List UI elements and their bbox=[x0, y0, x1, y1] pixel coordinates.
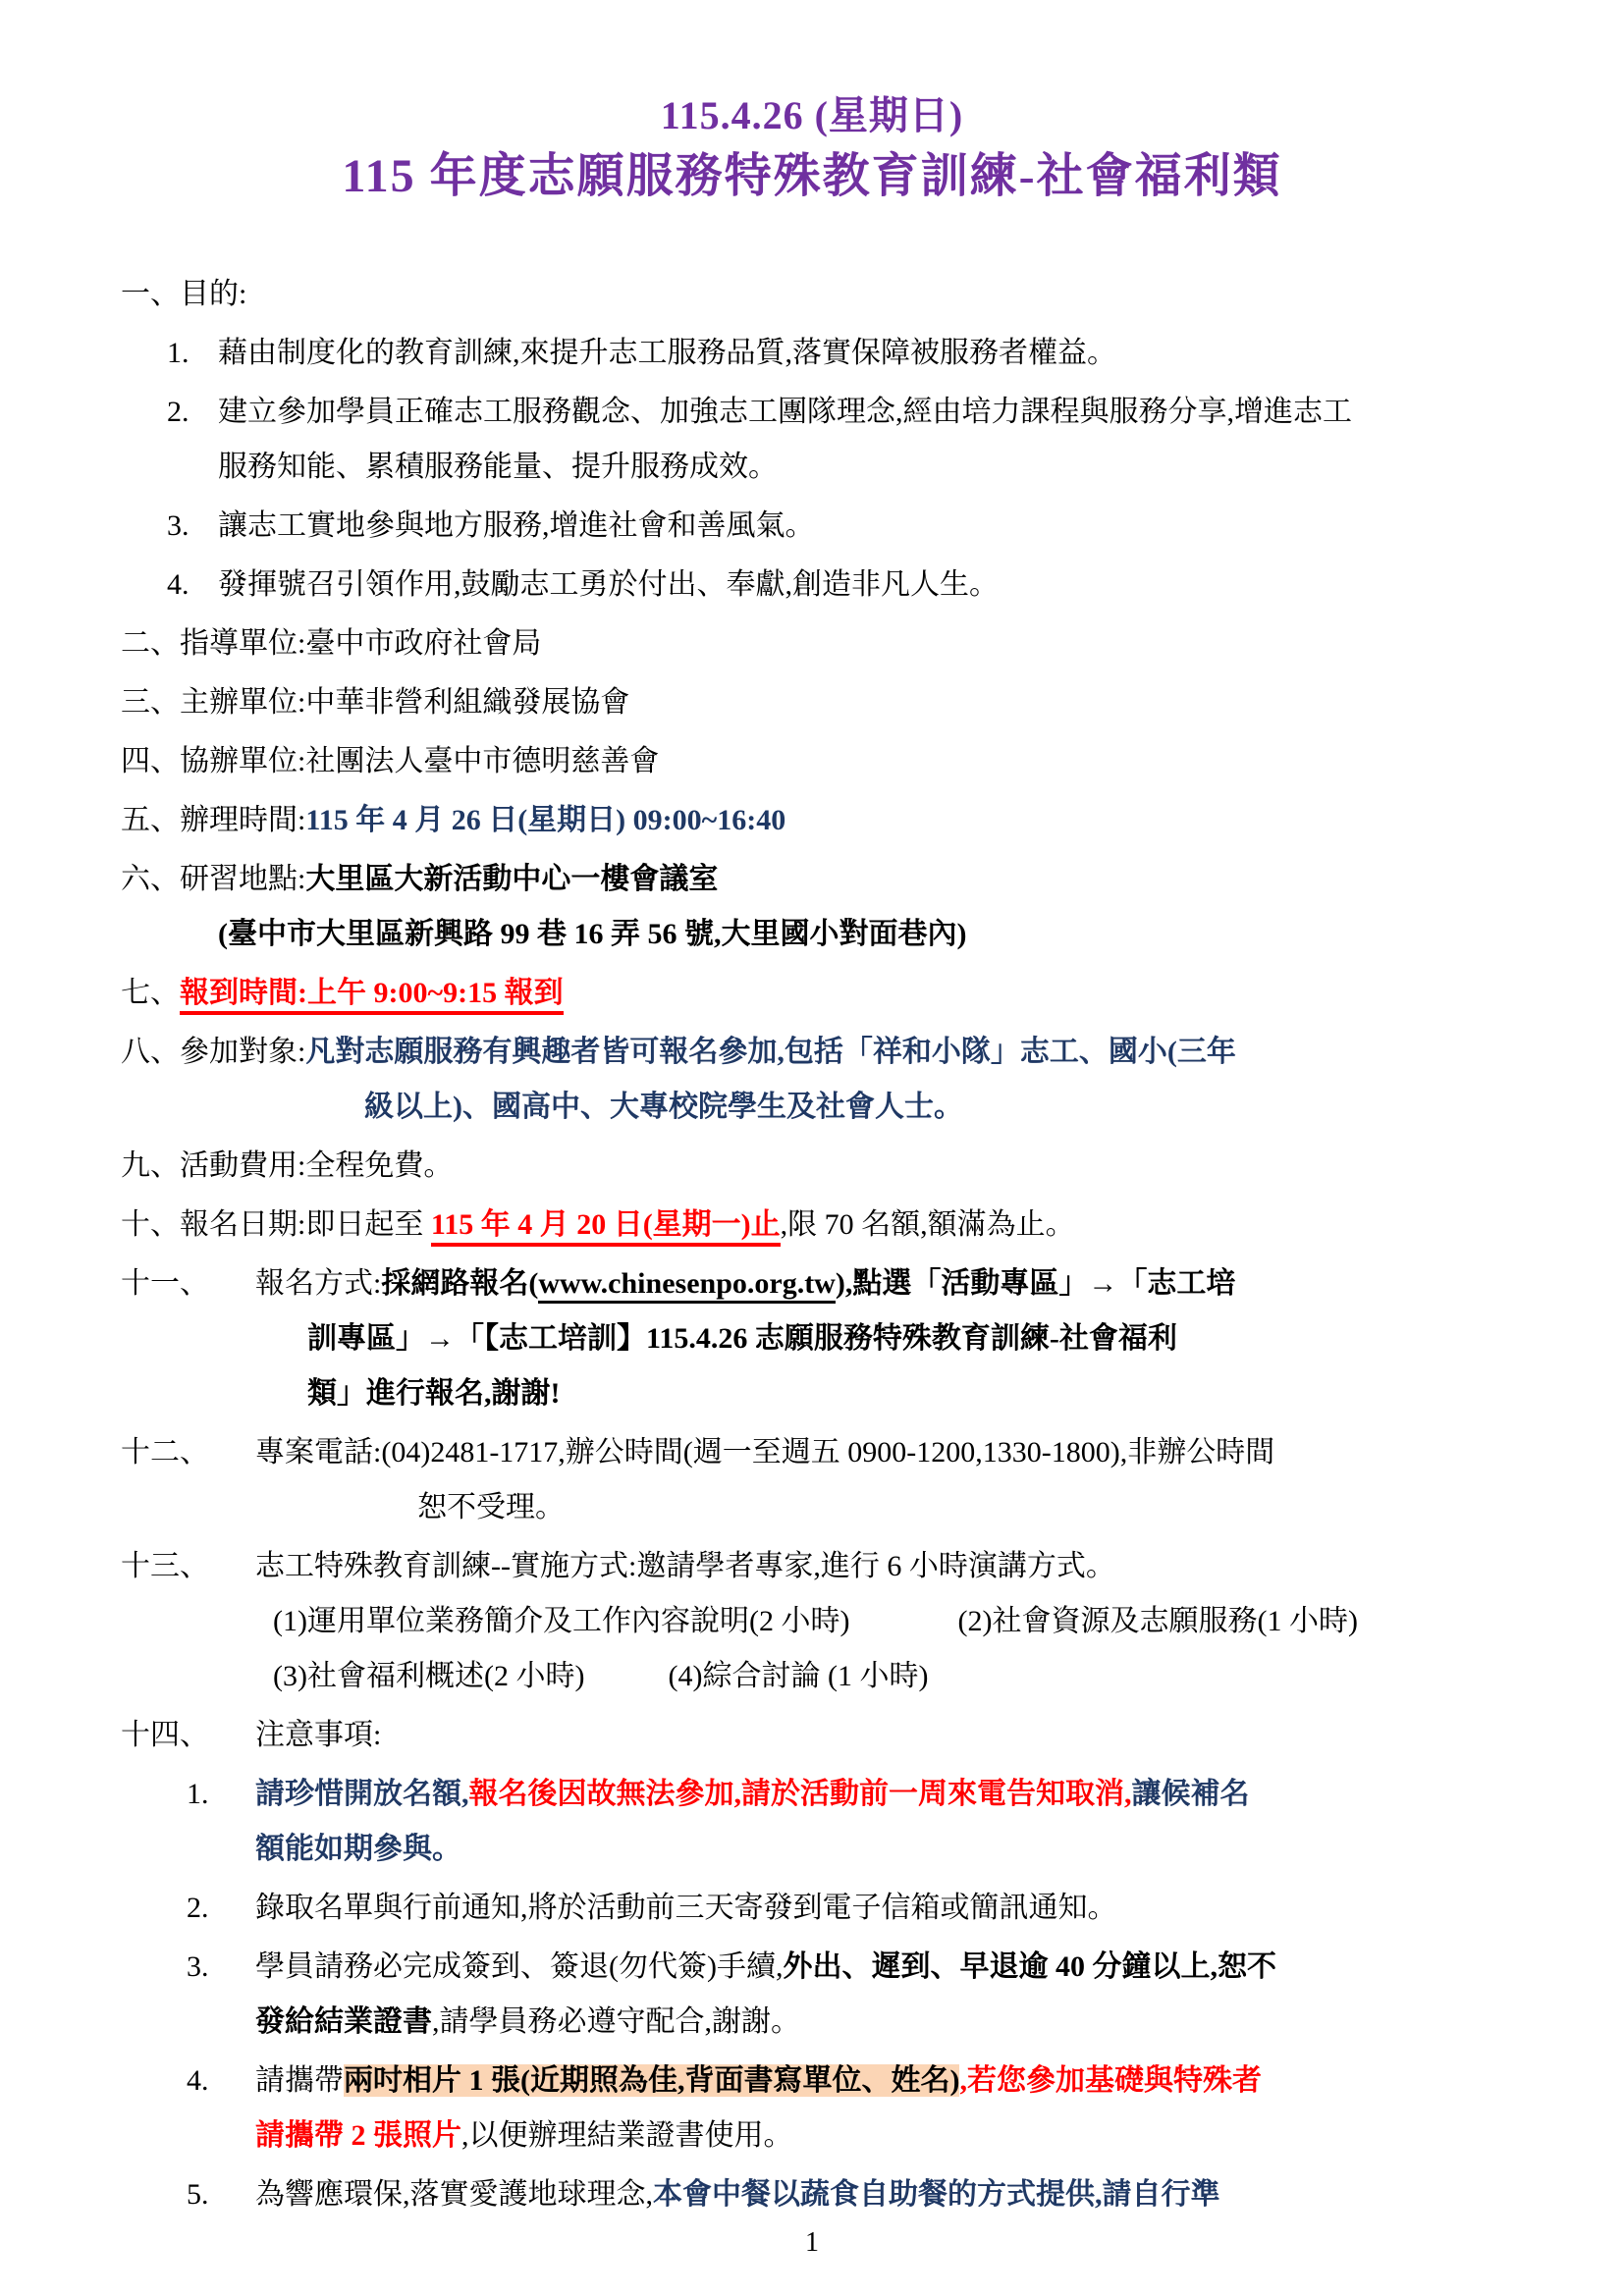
paragraph: 七、報到時間:上午 9:00~9:15 報到 bbox=[121, 966, 1585, 1021]
text-run: 四、協辦單位:社團法人臺中市德明慈善會 bbox=[121, 745, 659, 777]
paragraph: 5.為響應環保,落實愛護地球理念,本會中餐以蔬食自助餐的方式提供,請自行準 bbox=[121, 2167, 1585, 2222]
text-line: (3)社會福利概述(2 小時)(4)綜合討論 (1 小時) bbox=[273, 1649, 1585, 1704]
text-run: 採網路報名( bbox=[381, 1267, 538, 1300]
text-line: 3.讓志工實地參與地方服務,增進社會和善風氣。 bbox=[167, 499, 1585, 554]
text-run: 2. bbox=[167, 385, 218, 440]
text-line: 1.請珍惜開放名額,報名後因故無法參加,請於活動前一周來電告知取消,讓候補名 bbox=[187, 1767, 1585, 1822]
text-run: 115 年 4 月 26 日(星期日) 09:00~16:40 bbox=[305, 804, 785, 836]
paragraph: 九、活動費用:全程免費。 bbox=[121, 1139, 1585, 1194]
text-run: ),點選「活動專區」→「志工培 bbox=[836, 1267, 1236, 1300]
text-run: 發給結業證書 bbox=[255, 2005, 432, 2038]
text-line: 1.藉由制度化的教育訓練,來提升志工服務品質,落實保障被服務者權益。 bbox=[167, 326, 1585, 381]
text-run: 額能如期參與。 bbox=[255, 1833, 461, 1865]
paragraph: 六、研習地點:大里區大新活動中心一樓會議室(臺中市大里區新興路 99 巷 16 … bbox=[121, 852, 1585, 962]
paragraph: 三、主辦單位:中華非營利組織發展協會 bbox=[121, 675, 1585, 730]
text-run: 六、研習地點: bbox=[121, 863, 305, 895]
doc-date-subtitle: 115.4.26 (星期日) bbox=[0, 0, 1624, 139]
text-line: 服務知能、累積服務能量、提升服務成效。 bbox=[218, 440, 1585, 495]
text-line: 2.建立參加學員正確志工服務觀念、加強志工團隊理念,經由培力課程與服務分享,增進… bbox=[167, 385, 1585, 440]
text-run: 服務知能、累積服務能量、提升服務成效。 bbox=[218, 451, 778, 483]
text-run: ,限 70 名額,額滿為止。 bbox=[781, 1208, 1075, 1241]
text-line: 5.為響應環保,落實愛護地球理念,本會中餐以蔬食自助餐的方式提供,請自行準 bbox=[187, 2167, 1585, 2222]
text-line: (1)運用單位業務簡介及工作內容說明(2 小時)(2)社會資源及志願服務(1 小… bbox=[273, 1594, 1585, 1649]
text-run: 三、主辦單位:中華非營利組織發展協會 bbox=[121, 686, 629, 719]
document-page: 115.4.26 (星期日) 115 年度志願服務特殊教育訓練-社會福利類 一、… bbox=[0, 0, 1624, 2296]
text-line: 五、辦理時間:115 年 4 月 26 日(星期日) 09:00~16:40 bbox=[121, 793, 1585, 848]
text-run: 2. bbox=[187, 1881, 255, 1936]
text-line: (臺中市大里區新興路 99 巷 16 弄 56 號,大里國小對面巷內) bbox=[218, 907, 1585, 962]
paragraph: 十、報名日期:即日起至 115 年 4 月 20 日(星期一)止,限 70 名額… bbox=[121, 1198, 1585, 1253]
text-line: 級以上)、國高中、大專校院學生及社會人士。 bbox=[364, 1080, 1585, 1135]
text-line: 十三、志工特殊教育訓練--實施方式:邀請學者專家,進行 6 小時演講方式。 bbox=[121, 1539, 1585, 1594]
paragraph: 五、辦理時間:115 年 4 月 26 日(星期日) 09:00~16:40 bbox=[121, 793, 1585, 848]
text-run: 報名方式: bbox=[255, 1267, 381, 1300]
paragraph: 十四、注意事項: bbox=[121, 1708, 1585, 1763]
text-run: (2)社會資源及志願服務(1 小時) bbox=[957, 1605, 1357, 1637]
text-run: 1. bbox=[167, 326, 218, 381]
text-run: 報名後因故無法參加,請於活動前一周來電告知取消, bbox=[469, 1778, 1132, 1810]
text-line: 二、指導單位:臺中市政府社會局 bbox=[121, 616, 1585, 671]
text-line: 六、研習地點:大里區大新活動中心一樓會議室 bbox=[121, 852, 1585, 907]
paragraph: 十二、專案電話:(04)2481-1717,辦公時間(週一至週五 0900-12… bbox=[121, 1425, 1585, 1535]
text-line: 四、協辦單位:社團法人臺中市德明慈善會 bbox=[121, 734, 1585, 789]
text-run: 建立參加學員正確志工服務觀念、加強志工團隊理念,經由培力課程與服務分享,增進志工 bbox=[218, 396, 1352, 428]
text-line: 3.學員請務必完成簽到、簽退(勿代簽)手續,外出、遲到、早退逾 40 分鐘以上,… bbox=[187, 1940, 1585, 1995]
text-run: 十、報名日期:即日起至 bbox=[121, 1208, 431, 1241]
text-line: 十、報名日期:即日起至 115 年 4 月 20 日(星期一)止,限 70 名額… bbox=[121, 1198, 1585, 1253]
text-run: 大里區大新活動中心一樓會議室 bbox=[305, 863, 718, 895]
doc-main-title: 115 年度志願服務特殊教育訓練-社會福利類 bbox=[0, 147, 1624, 206]
page-number: 1 bbox=[0, 2227, 1624, 2259]
text-run: 報到時間:上午 9:00~9:15 報到 bbox=[180, 977, 564, 1015]
paragraph: 4.請攜帶兩吋相片 1 張(近期照為佳,背面書寫單位、姓名),若您參加基礎與特殊… bbox=[121, 2054, 1585, 2163]
text-line: 九、活動費用:全程免費。 bbox=[121, 1139, 1585, 1194]
paragraph: 3.讓志工實地參與地方服務,增進社會和善風氣。 bbox=[121, 499, 1585, 554]
text-line: 十四、注意事項: bbox=[121, 1708, 1585, 1763]
text-run: 兩吋相片 1 張(近期照為佳,背面書寫單位、姓名) bbox=[344, 2064, 959, 2097]
paragraph: 十一、報名方式:採網路報名(www.chinesenpo.org.tw),點選「… bbox=[121, 1256, 1585, 1421]
text-run: 恕不受理。 bbox=[417, 1491, 565, 1523]
paragraph: 1.藉由制度化的教育訓練,來提升志工服務品質,落實保障被服務者權益。 bbox=[121, 326, 1585, 381]
text-line: 十一、報名方式:採網路報名(www.chinesenpo.org.tw),點選「… bbox=[121, 1256, 1585, 1311]
text-line: 請攜帶 2 張照片,以便辦理結業證書使用。 bbox=[255, 2109, 1585, 2163]
text-run: (4)綜合討論 (1 小時) bbox=[668, 1660, 928, 1692]
text-run: 4. bbox=[187, 2054, 255, 2109]
text-line: 八、參加對象:凡對志願服務有興趣者皆可報名參加,包括「祥和小隊」志工、國小(三年 bbox=[121, 1025, 1585, 1080]
text-run: 115 年 4 月 20 日(星期一)止 bbox=[431, 1208, 781, 1247]
paragraph: 八、參加對象:凡對志願服務有興趣者皆可報名參加,包括「祥和小隊」志工、國小(三年… bbox=[121, 1025, 1585, 1135]
paragraph: 四、協辦單位:社團法人臺中市德明慈善會 bbox=[121, 734, 1585, 789]
paragraph: 2.建立參加學員正確志工服務觀念、加強志工團隊理念,經由培力課程與服務分享,增進… bbox=[121, 385, 1585, 495]
text-run: 藉由制度化的教育訓練,來提升志工服務品質,落實保障被服務者權益。 bbox=[218, 337, 1116, 369]
text-run: (3)社會福利概述(2 小時) bbox=[273, 1660, 584, 1692]
text-run: 錄取名單與行前通知,將於活動前三天寄發到電子信箱或簡訊通知。 bbox=[255, 1892, 1117, 1924]
text-run: 為響應環保,落實愛護地球理念, bbox=[255, 2178, 653, 2211]
text-run: 訓專區」→「【志工培訓】115.4.26 志願服務特殊教育訓練-社會福利 bbox=[307, 1322, 1177, 1355]
text-run: 志工特殊教育訓練--實施方式:邀請學者專家,進行 6 小時演講方式。 bbox=[255, 1550, 1115, 1582]
text-run: 請珍惜開放名額, bbox=[255, 1778, 469, 1810]
text-run: (臺中市大里區新興路 99 巷 16 弄 56 號,大里國小對面巷內) bbox=[218, 918, 966, 950]
text-run: 十四、 bbox=[121, 1708, 255, 1763]
text-run: (1)運用單位業務簡介及工作內容說明(2 小時) bbox=[273, 1605, 849, 1637]
text-run: 讓候補名 bbox=[1132, 1778, 1250, 1810]
paragraph: 一、目的: bbox=[121, 267, 1585, 322]
text-run: 十一、 bbox=[121, 1256, 255, 1311]
text-run: 注意事項: bbox=[255, 1719, 381, 1751]
text-run: 專案電話:(04)2481-1717,辦公時間(週一至週五 0900-1200,… bbox=[255, 1436, 1274, 1468]
text-line: 類」進行報名,謝謝! bbox=[307, 1366, 1585, 1421]
text-run: ,若您參加基礎與特殊者 bbox=[959, 2064, 1262, 2097]
text-run: 請攜帶 2 張照片 bbox=[255, 2119, 461, 2152]
text-run: 二、指導單位:臺中市政府社會局 bbox=[121, 627, 541, 660]
paragraph: 3.學員請務必完成簽到、簽退(勿代簽)手續,外出、遲到、早退逾 40 分鐘以上,… bbox=[121, 1940, 1585, 2050]
text-run: 4. bbox=[167, 558, 218, 613]
text-run: www.chinesenpo.org.tw bbox=[538, 1267, 836, 1304]
text-run: 外出、遲到、早退逾 40 分鐘以上,恕不 bbox=[783, 1950, 1276, 1983]
text-run: 本會中餐以蔬食自助餐的方式提供,請自行準 bbox=[653, 2178, 1220, 2211]
text-run: 讓志工實地參與地方服務,增進社會和善風氣。 bbox=[218, 509, 815, 542]
text-run: 5. bbox=[187, 2167, 255, 2222]
text-run: 一、目的: bbox=[121, 278, 246, 310]
text-line: 三、主辦單位:中華非營利組織發展協會 bbox=[121, 675, 1585, 730]
text-line: 十二、專案電話:(04)2481-1717,辦公時間(週一至週五 0900-12… bbox=[121, 1425, 1585, 1480]
text-line: 額能如期參與。 bbox=[255, 1822, 1585, 1877]
text-run: 1. bbox=[187, 1767, 255, 1822]
text-run: 3. bbox=[187, 1940, 255, 1995]
text-run: 七、 bbox=[121, 977, 180, 1009]
text-line: 2.錄取名單與行前通知,將於活動前三天寄發到電子信箱或簡訊通知。 bbox=[187, 1881, 1585, 1936]
text-run: 十三、 bbox=[121, 1539, 255, 1594]
paragraph: 1.請珍惜開放名額,報名後因故無法參加,請於活動前一周來電告知取消,讓候補名額能… bbox=[121, 1767, 1585, 1877]
text-run: ,請學員務必遵守配合,謝謝。 bbox=[432, 2005, 800, 2038]
text-run: 發揮號召引領作用,鼓勵志工勇於付出、奉獻,創造非凡人生。 bbox=[218, 568, 999, 601]
text-run: 類」進行報名,謝謝! bbox=[307, 1377, 561, 1410]
text-run: 五、辦理時間: bbox=[121, 804, 305, 836]
text-run: 九、活動費用:全程免費。 bbox=[121, 1149, 453, 1182]
text-run: ,以便辦理結業證書使用。 bbox=[461, 2119, 793, 2152]
text-run: 學員請務必完成簽到、簽退(勿代簽)手續, bbox=[255, 1950, 783, 1983]
text-run: 請攜帶 bbox=[255, 2064, 344, 2097]
text-line: 4.發揮號召引領作用,鼓勵志工勇於付出、奉獻,創造非凡人生。 bbox=[167, 558, 1585, 613]
text-run: 凡對志願服務有興趣者皆可報名參加,包括「祥和小隊」志工、國小(三年 bbox=[305, 1036, 1236, 1068]
paragraph: 十三、志工特殊教育訓練--實施方式:邀請學者專家,進行 6 小時演講方式。(1)… bbox=[121, 1539, 1585, 1704]
doc-body: 一、目的:1.藉由制度化的教育訓練,來提升志工服務品質,落實保障被服務者權益。2… bbox=[0, 206, 1624, 2222]
text-line: 4.請攜帶兩吋相片 1 張(近期照為佳,背面書寫單位、姓名),若您參加基礎與特殊… bbox=[187, 2054, 1585, 2109]
text-run: 八、參加對象: bbox=[121, 1036, 305, 1068]
text-line: 七、報到時間:上午 9:00~9:15 報到 bbox=[121, 966, 1585, 1021]
text-run: 十二、 bbox=[121, 1425, 255, 1480]
text-line: 一、目的: bbox=[121, 267, 1585, 322]
text-line: 訓專區」→「【志工培訓】115.4.26 志願服務特殊教育訓練-社會福利 bbox=[307, 1311, 1585, 1366]
text-run: 3. bbox=[167, 499, 218, 554]
paragraph: 4.發揮號召引領作用,鼓勵志工勇於付出、奉獻,創造非凡人生。 bbox=[121, 558, 1585, 613]
paragraph: 2.錄取名單與行前通知,將於活動前三天寄發到電子信箱或簡訊通知。 bbox=[121, 1881, 1585, 1936]
text-line: 恕不受理。 bbox=[417, 1480, 1585, 1535]
paragraph: 二、指導單位:臺中市政府社會局 bbox=[121, 616, 1585, 671]
text-line: 發給結業證書,請學員務必遵守配合,謝謝。 bbox=[255, 1995, 1585, 2050]
text-run: 級以上)、國高中、大專校院學生及社會人士。 bbox=[364, 1091, 963, 1123]
